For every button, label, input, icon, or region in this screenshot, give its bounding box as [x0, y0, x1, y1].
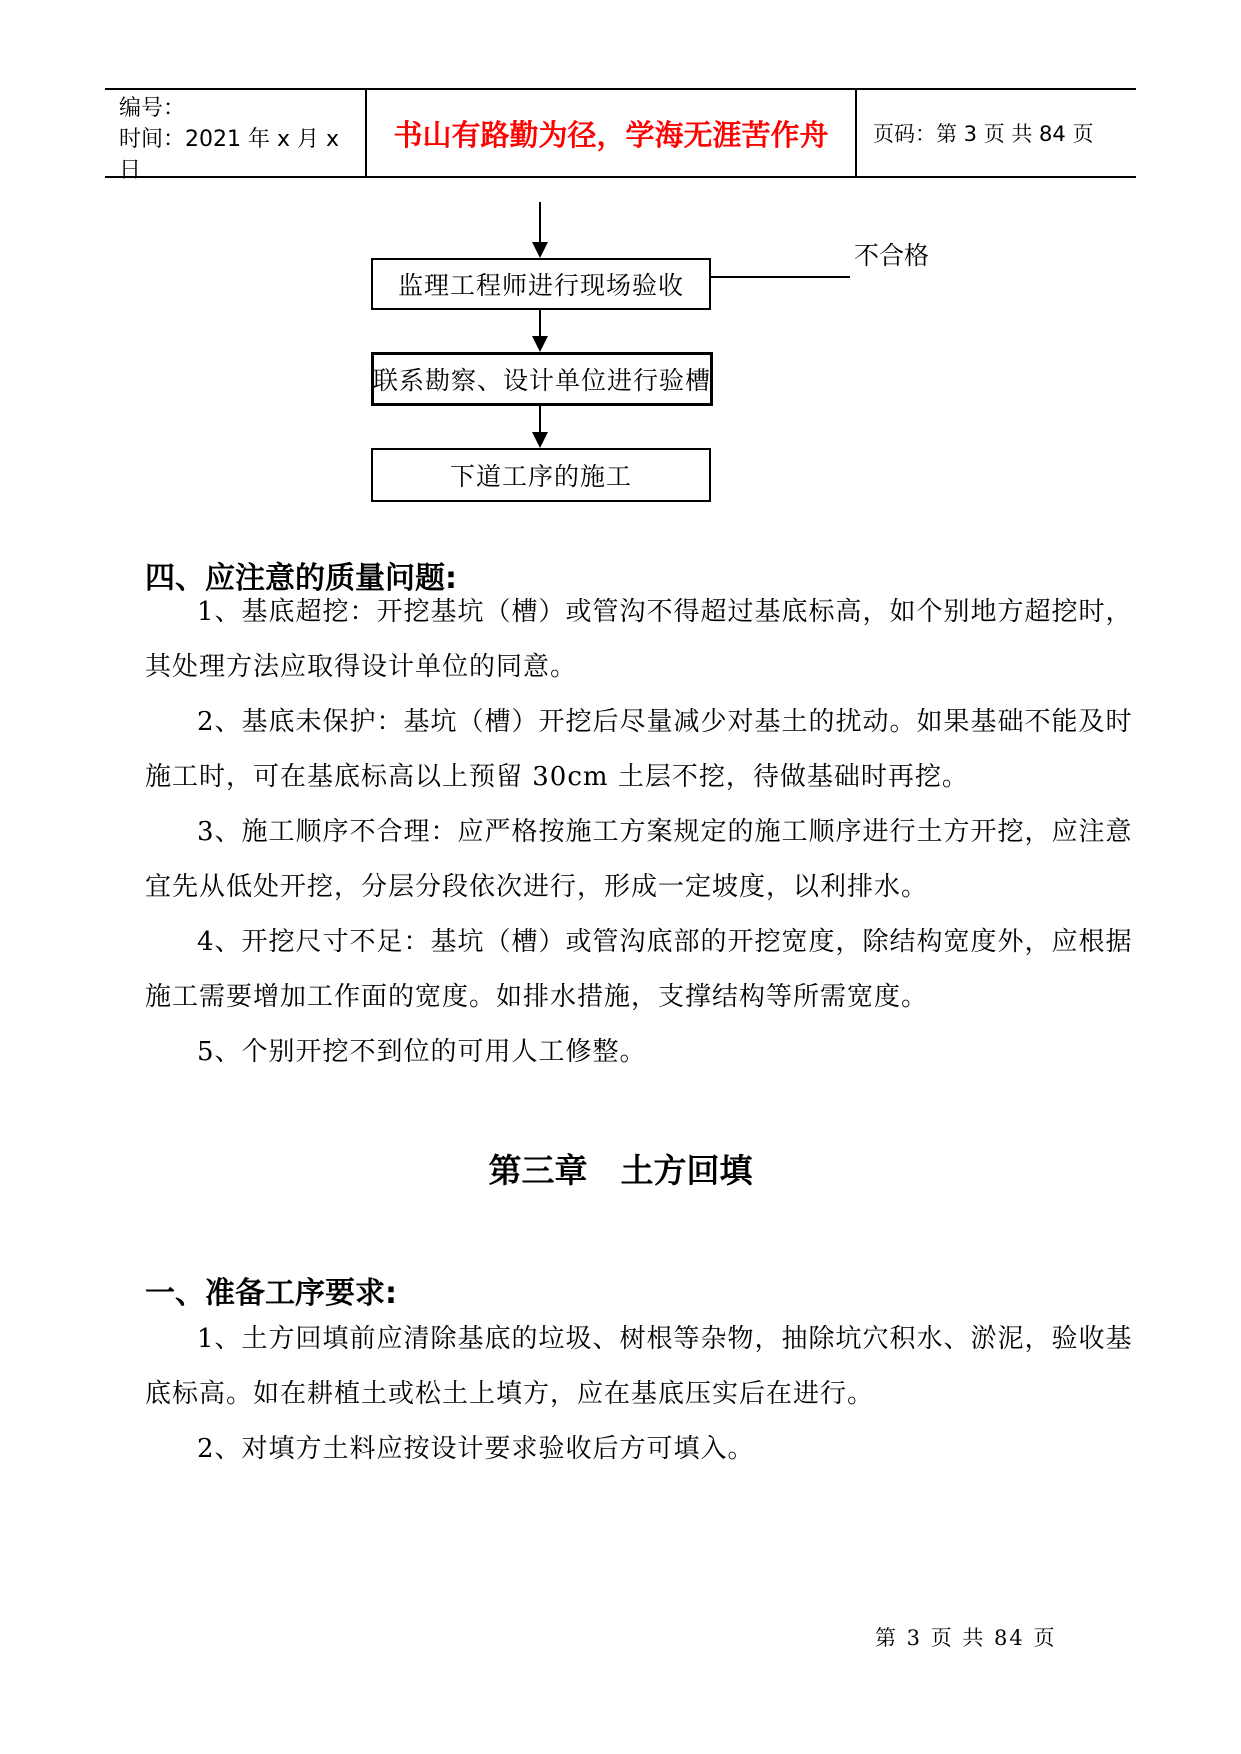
- quality-section-body: 1、基底超挖：开挖基坑（槽）或管沟不得超过基底标高，如个别地方超挖时， 其处理方…: [145, 585, 1105, 1080]
- flow-arrow-3-head: [532, 432, 548, 448]
- body-line: 2、基底未保护：基坑（槽）开挖后尽量减少对基土的扰动。如果基础不能及时: [145, 695, 1105, 750]
- header-time-label: 时间：2021 年 x 月 x 日: [119, 124, 365, 186]
- header-number-label: 编号：: [119, 93, 365, 124]
- header-motto-cell: 书山有路勤为径，学海无涯苦作舟: [367, 90, 857, 176]
- body-line: 其处理方法应取得设计单位的同意。: [145, 640, 1105, 695]
- footer-page-number: 第 3 页 共 84 页: [875, 1622, 1056, 1652]
- flow-box-2-label: 联系勘察、设计单位进行验槽: [373, 361, 711, 397]
- document-page: 编号： 时间：2021 年 x 月 x 日 书山有路勤为径，学海无涯苦作舟 页码…: [0, 0, 1241, 1754]
- body-line: 4、开挖尺寸不足：基坑（槽）或管沟底部的开挖宽度，除结构宽度外，应根据: [145, 915, 1105, 970]
- flow-branch-label: 不合格: [854, 236, 929, 272]
- flow-box-next-process: 下道工序的施工: [371, 448, 711, 502]
- body-line: 施工时，可在基底标高以上预留 30cm 土层不挖，待做基础时再挖。: [145, 750, 1105, 805]
- body-line: 底标高。如在耕植土或松土上填方，应在基底压实后在进行。: [145, 1367, 1105, 1422]
- flow-arrow-1-head: [532, 242, 548, 258]
- flow-arrow-2-line: [539, 310, 541, 338]
- flow-arrow-3-line: [539, 406, 541, 434]
- prep-section-body: 1、土方回填前应清除基底的垃圾、树根等杂物，抽除坑穴积水、淤泥，验收基 底标高。…: [145, 1312, 1105, 1477]
- body-line: 1、基底超挖：开挖基坑（槽）或管沟不得超过基底标高，如个别地方超挖时，: [145, 585, 1105, 640]
- body-line: 3、施工顺序不合理：应严格按施工方案规定的施工顺序进行土方开挖，应注意: [145, 805, 1105, 860]
- header-meta-cell: 编号： 时间：2021 年 x 月 x 日: [105, 90, 367, 176]
- page-header-table: 编号： 时间：2021 年 x 月 x 日 书山有路勤为径，学海无涯苦作舟 页码…: [105, 88, 1136, 178]
- body-line: 5、个别开挖不到位的可用人工修整。: [145, 1025, 1105, 1080]
- flow-box-1-label: 监理工程师进行现场验收: [398, 266, 684, 302]
- flow-box-supervisor-inspection: 监理工程师进行现场验收: [371, 258, 711, 310]
- flow-box-survey-design-check: 联系勘察、设计单位进行验槽: [371, 352, 713, 406]
- chapter-title: 第三章 土方回填: [0, 1145, 1241, 1192]
- header-page-cell: 页码：第 3 页 共 84 页: [857, 90, 1136, 176]
- header-page-info: 页码：第 3 页 共 84 页: [873, 118, 1093, 148]
- body-line: 1、土方回填前应清除基底的垃圾、树根等杂物，抽除坑穴积水、淤泥，验收基: [145, 1312, 1105, 1367]
- flow-box-3-label: 下道工序的施工: [450, 457, 632, 493]
- flow-arrow-2-head: [532, 336, 548, 352]
- body-line: 宜先从低处开挖，分层分段依次进行，形成一定坡度，以利排水。: [145, 860, 1105, 915]
- flow-arrow-1-line: [539, 202, 541, 244]
- prep-section-heading: 一、准备工序要求:: [145, 1268, 397, 1312]
- flow-branch-line: [711, 276, 850, 278]
- body-line: 2、对填方土料应按设计要求验收后方可填入。: [145, 1422, 1105, 1477]
- header-motto: 书山有路勤为径，学海无涯苦作舟: [393, 113, 828, 154]
- body-line: 施工需要增加工作面的宽度。如排水措施，支撑结构等所需宽度。: [145, 970, 1105, 1025]
